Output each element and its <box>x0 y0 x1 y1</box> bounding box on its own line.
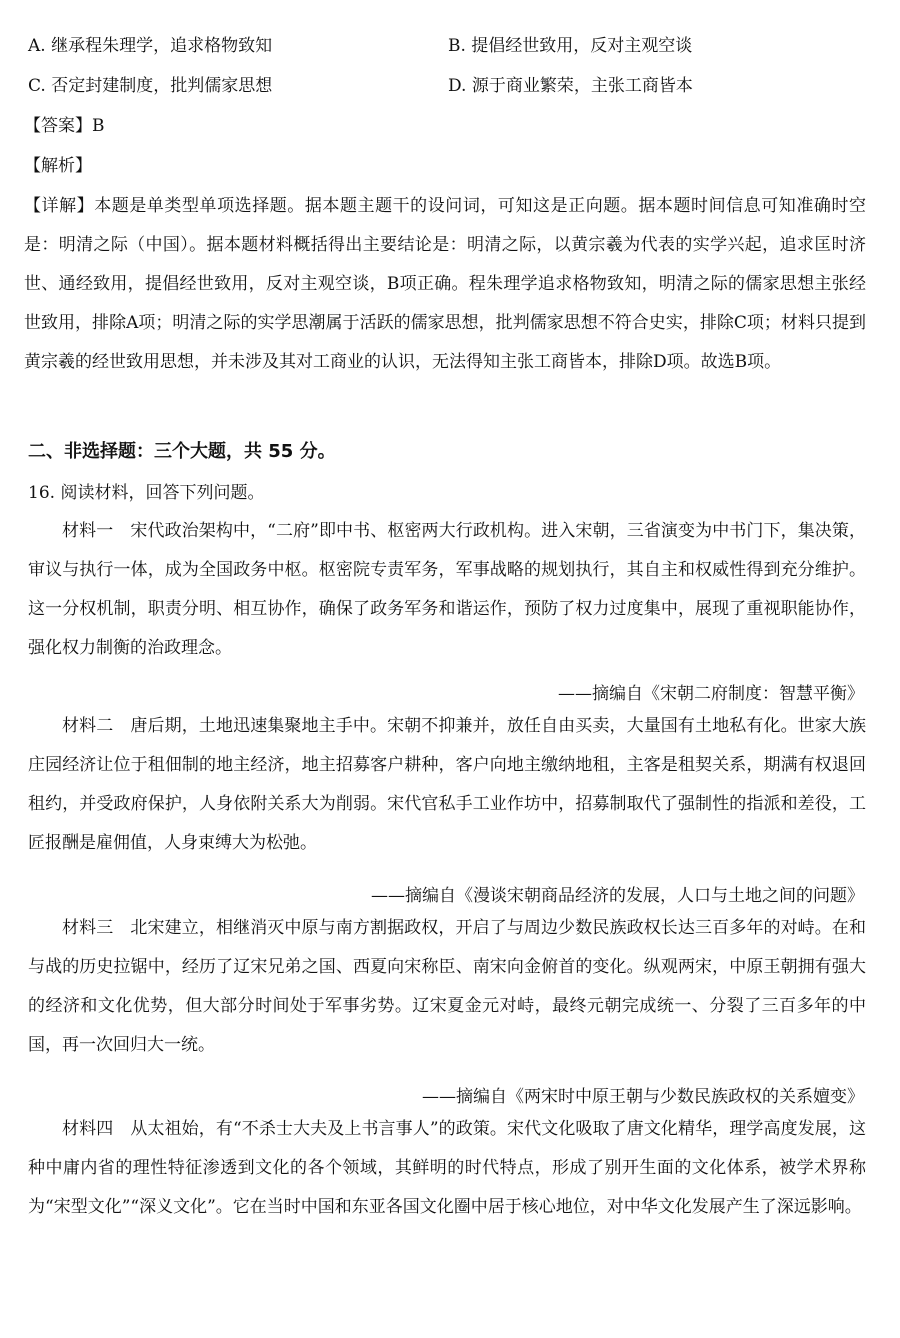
material-1: 材料一 宋代政治架构中，“二府”即中书、枢密两大行政机构。进入宋朝，三省演变为中… <box>28 512 866 668</box>
section-title: 二、非选择题：三个大题，共 55 分。 <box>28 440 336 464</box>
material-4: 材料四 从太祖始，有“不杀士大夫及上书言事人”的政策。宋代文化吸取了唐文化精华，… <box>28 1110 866 1227</box>
material-3-source: ——摘编自《两宋时中原王朝与少数民族政权的关系嬗变》 <box>422 1085 864 1109</box>
option-d: D. 源于商业繁荣，主张工商皆本 <box>448 74 693 98</box>
answer-label: 【答案】B <box>24 114 105 138</box>
option-b: B. 提倡经世致用，反对主观空谈 <box>448 34 692 58</box>
material-1-source: ——摘编自《宋朝二府制度：智慧平衡》 <box>558 682 864 706</box>
question16-stem: 16. 阅读材料，回答下列问题。 <box>28 481 264 505</box>
detail-explanation: 【详解】本题是单类型单项选择题。据本题主题干的设问词，可知这是正向题。据本题时间… <box>24 187 866 382</box>
material-2: 材料二 唐后期，土地迅速集聚地主手中。宋朝不抑兼并，放任自由买卖，大量国有土地私… <box>28 707 866 863</box>
exam-page: A. 继承程朱理学，追求格物致知 B. 提倡经世致用，反对主观空谈 C. 否定封… <box>0 0 900 1338</box>
options-row-2: C. 否定封建制度，批判儒家思想 D. 源于商业繁荣，主张工商皆本 <box>28 74 888 98</box>
option-a: A. 继承程朱理学，追求格物致知 <box>28 34 272 58</box>
option-c: C. 否定封建制度，批判儒家思想 <box>28 74 272 98</box>
material-2-source: ——摘编自《漫谈宋朝商品经济的发展，人口与土地之间的问题》 <box>371 884 864 908</box>
analysis-label: 【解析】 <box>24 154 92 178</box>
options-row-1: A. 继承程朱理学，追求格物致知 B. 提倡经世致用，反对主观空谈 <box>28 34 888 58</box>
material-3: 材料三 北宋建立，相继消灭中原与南方割据政权，开启了与周边少数民族政权长达三百多… <box>28 909 866 1065</box>
